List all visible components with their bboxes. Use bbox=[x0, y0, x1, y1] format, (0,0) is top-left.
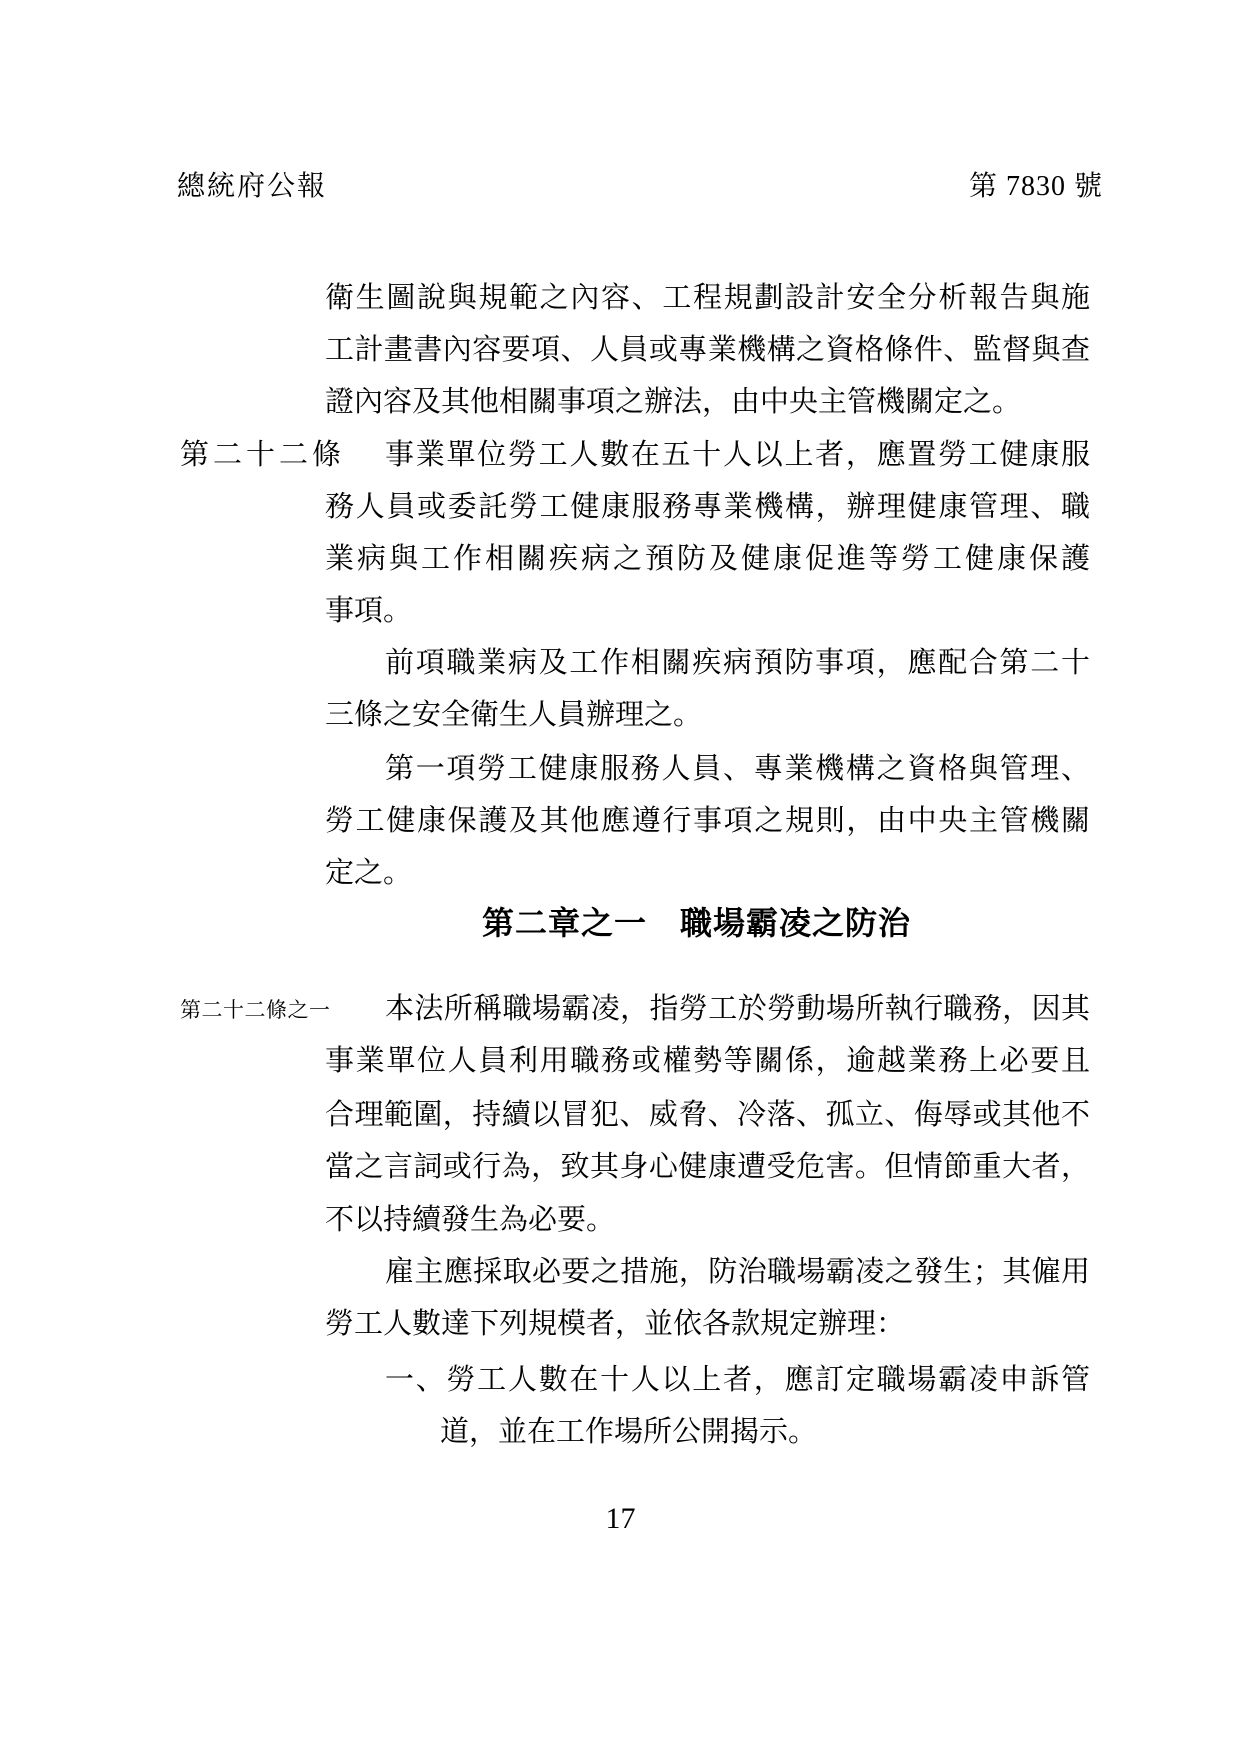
body-line: 合理範圍，持續以冒犯、威脅、冷落、孤立、侮辱或其他不 bbox=[325, 1097, 1090, 1133]
body-line: 本法所稱職場霸凌，指勞工於勞動場所執行職務，因其 bbox=[385, 991, 1090, 1027]
list-item-line: 一、勞工人數在十人以上者，應訂定職場霸凌申訴管 bbox=[385, 1362, 1090, 1398]
body-line: 定之。 bbox=[325, 855, 1090, 891]
page-number: 17 bbox=[0, 1502, 1241, 1536]
body-line: 前項職業病及工作相關疾病預防事項，應配合第二十 bbox=[325, 645, 1090, 681]
body-line: 第一項勞工健康服務人員、專業機構之資格與管理、 bbox=[325, 751, 1090, 787]
body-line: 勞工健康保護及其他應遵行事項之規則，由中央主管機關 bbox=[325, 803, 1090, 839]
header-publication-title: 總統府公報 bbox=[177, 170, 327, 204]
body-line: 事業單位人員利用職務或權勢等關係，逾越業務上必要且 bbox=[325, 1043, 1090, 1079]
body-line: 工計畫書內容要項、人員或專業機構之資格條件、監督與查 bbox=[325, 332, 1090, 368]
gazette-page: 總統府公報 第 7830 號 衛生圖說與規範之內容、工程規劃設計安全分析報告與施… bbox=[0, 0, 1241, 1754]
list-item-line: 道，並在工作場所公開揭示。 bbox=[440, 1414, 817, 1450]
body-line: 雇主應採取必要之措施，防治職場霸凌之發生；其僱用 bbox=[325, 1254, 1090, 1290]
body-line: 三條之安全衛生人員辦理之。 bbox=[325, 697, 1090, 733]
chapter-heading: 第二章之一 職場霸凌之防治 bbox=[482, 903, 911, 945]
body-line: 事業單位勞工人數在五十人以上者，應置勞工健康服 bbox=[385, 437, 1090, 473]
body-line: 衛生圖說與規範之內容、工程規劃設計安全分析報告與施 bbox=[325, 280, 1090, 316]
body-line: 業病與工作相關疾病之預防及健康促進等勞工健康保護 bbox=[325, 541, 1090, 577]
body-line: 務人員或委託勞工健康服務專業機構，辦理健康管理、職 bbox=[325, 489, 1090, 525]
body-line: 證內容及其他相關事項之辦法，由中央主管機關定之。 bbox=[325, 384, 1090, 420]
body-line: 不以持續發生為必要。 bbox=[325, 1202, 1090, 1238]
body-line: 事項。 bbox=[325, 593, 1090, 629]
article-22-1-label: 第二十二條之一 bbox=[180, 997, 331, 1023]
body-line: 當之言詞或行為，致其身心健康遭受危害。但情節重大者， bbox=[325, 1149, 1090, 1185]
body-line: 勞工人數達下列規模者，並依各款規定辦理： bbox=[325, 1306, 1090, 1342]
header-issue-number: 第 7830 號 bbox=[969, 170, 1103, 204]
article-22-label: 第二十二條 bbox=[180, 437, 345, 473]
